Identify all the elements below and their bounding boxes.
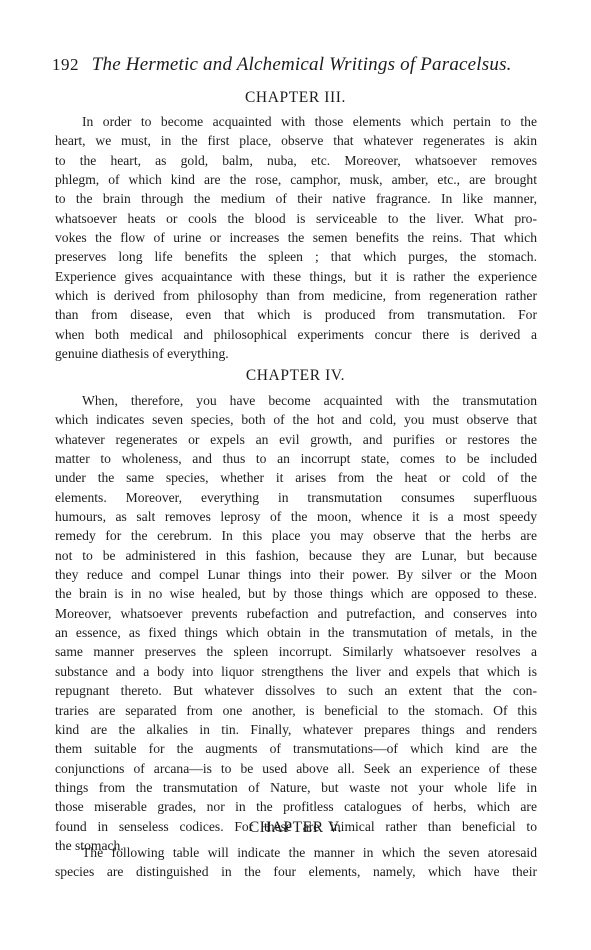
text-line: whatever regenerates or expels an evil g…	[55, 430, 537, 449]
text-line: they reduce and compel Lunar things into…	[55, 565, 537, 584]
text-line: same manner preserves the spleen incorru…	[55, 642, 537, 661]
text-line: phlegm, of which kind are the rose, camp…	[55, 170, 537, 189]
text-line: Experience gives acquaintance with these…	[55, 267, 537, 286]
chapter-4-heading: CHAPTER IV.	[0, 366, 591, 386]
text-line: not to be administered in this fashion, …	[55, 546, 537, 565]
chapter-5-heading: CHAPTER V.	[0, 818, 591, 838]
text-line: than from disease, even that which is pr…	[55, 305, 537, 324]
book-title: The Hermetic and Alchemical Writings of …	[92, 54, 512, 75]
text-line: conjunctions of arcana—is to be used abo…	[55, 759, 537, 778]
text-line: species are distinguished in the four el…	[55, 862, 537, 881]
text-line: kind are the alkalies in tin. Finally, w…	[55, 720, 537, 739]
text-line: to the brain through the medium of their…	[55, 189, 537, 208]
text-line: matter to wholeness, and thus to an inco…	[55, 449, 537, 468]
text-line: repugnant thereto. But whatever dissolve…	[55, 681, 537, 700]
text-line: to the heart, as gold, balm, nuba, etc. …	[55, 151, 537, 170]
text-line: remedy for the cerebrum. In this place y…	[55, 526, 537, 545]
chapter-3-heading: CHAPTER III.	[0, 88, 591, 108]
text-line: When, therefore, you have become acquain…	[55, 391, 537, 410]
book-page: 192 The Hermetic and Alchemical Writings…	[0, 0, 591, 950]
text-line: when both medical and philosophical expe…	[55, 325, 537, 344]
text-line: vokes the flow of urine or increases the…	[55, 228, 537, 247]
text-line: heart, we must, in the first place, obse…	[55, 131, 537, 150]
chapter-3-paragraph: In order to become acquainted with those…	[55, 112, 537, 363]
chapter-5-paragraph: The following table will indicate the ma…	[55, 843, 537, 882]
text-line: things from the transmutation of Nature,…	[55, 778, 537, 797]
text-line: which is derived from philosophy than fr…	[55, 286, 537, 305]
text-line: humours, as salt removes leprosy of the …	[55, 507, 537, 526]
text-line: elements. Moreover, everything in transm…	[55, 488, 537, 507]
text-line: preserves long life benefits the spleen …	[55, 247, 537, 266]
text-line: substance and a body into liquor strengt…	[55, 662, 537, 681]
text-line: whatsoever heats or cools the blood is s…	[55, 209, 537, 228]
text-line: them suitable for the augments of transm…	[55, 739, 537, 758]
text-line: under the same species, whether it arise…	[55, 468, 537, 487]
text-line: those miserable grades, nor in the profi…	[55, 797, 537, 816]
text-line: genuine diathesis of everything.	[55, 344, 537, 363]
text-line: traries are separated from one another, …	[55, 701, 537, 720]
page-number: 192	[52, 55, 79, 74]
text-line: which indicates seven species, both of t…	[55, 410, 537, 429]
text-line: an essence, as fixed things which obtain…	[55, 623, 537, 642]
text-line: The following table will indicate the ma…	[55, 843, 537, 862]
running-head: 192 The Hermetic and Alchemical Writings…	[52, 53, 512, 77]
text-line: the brain is in no wise healed, but by t…	[55, 584, 537, 603]
text-line: Moreover, whatsoever prevents rubefactio…	[55, 604, 537, 623]
chapter-4-paragraph: When, therefore, you have become acquain…	[55, 391, 537, 855]
text-line: In order to become acquainted with those…	[55, 112, 537, 131]
